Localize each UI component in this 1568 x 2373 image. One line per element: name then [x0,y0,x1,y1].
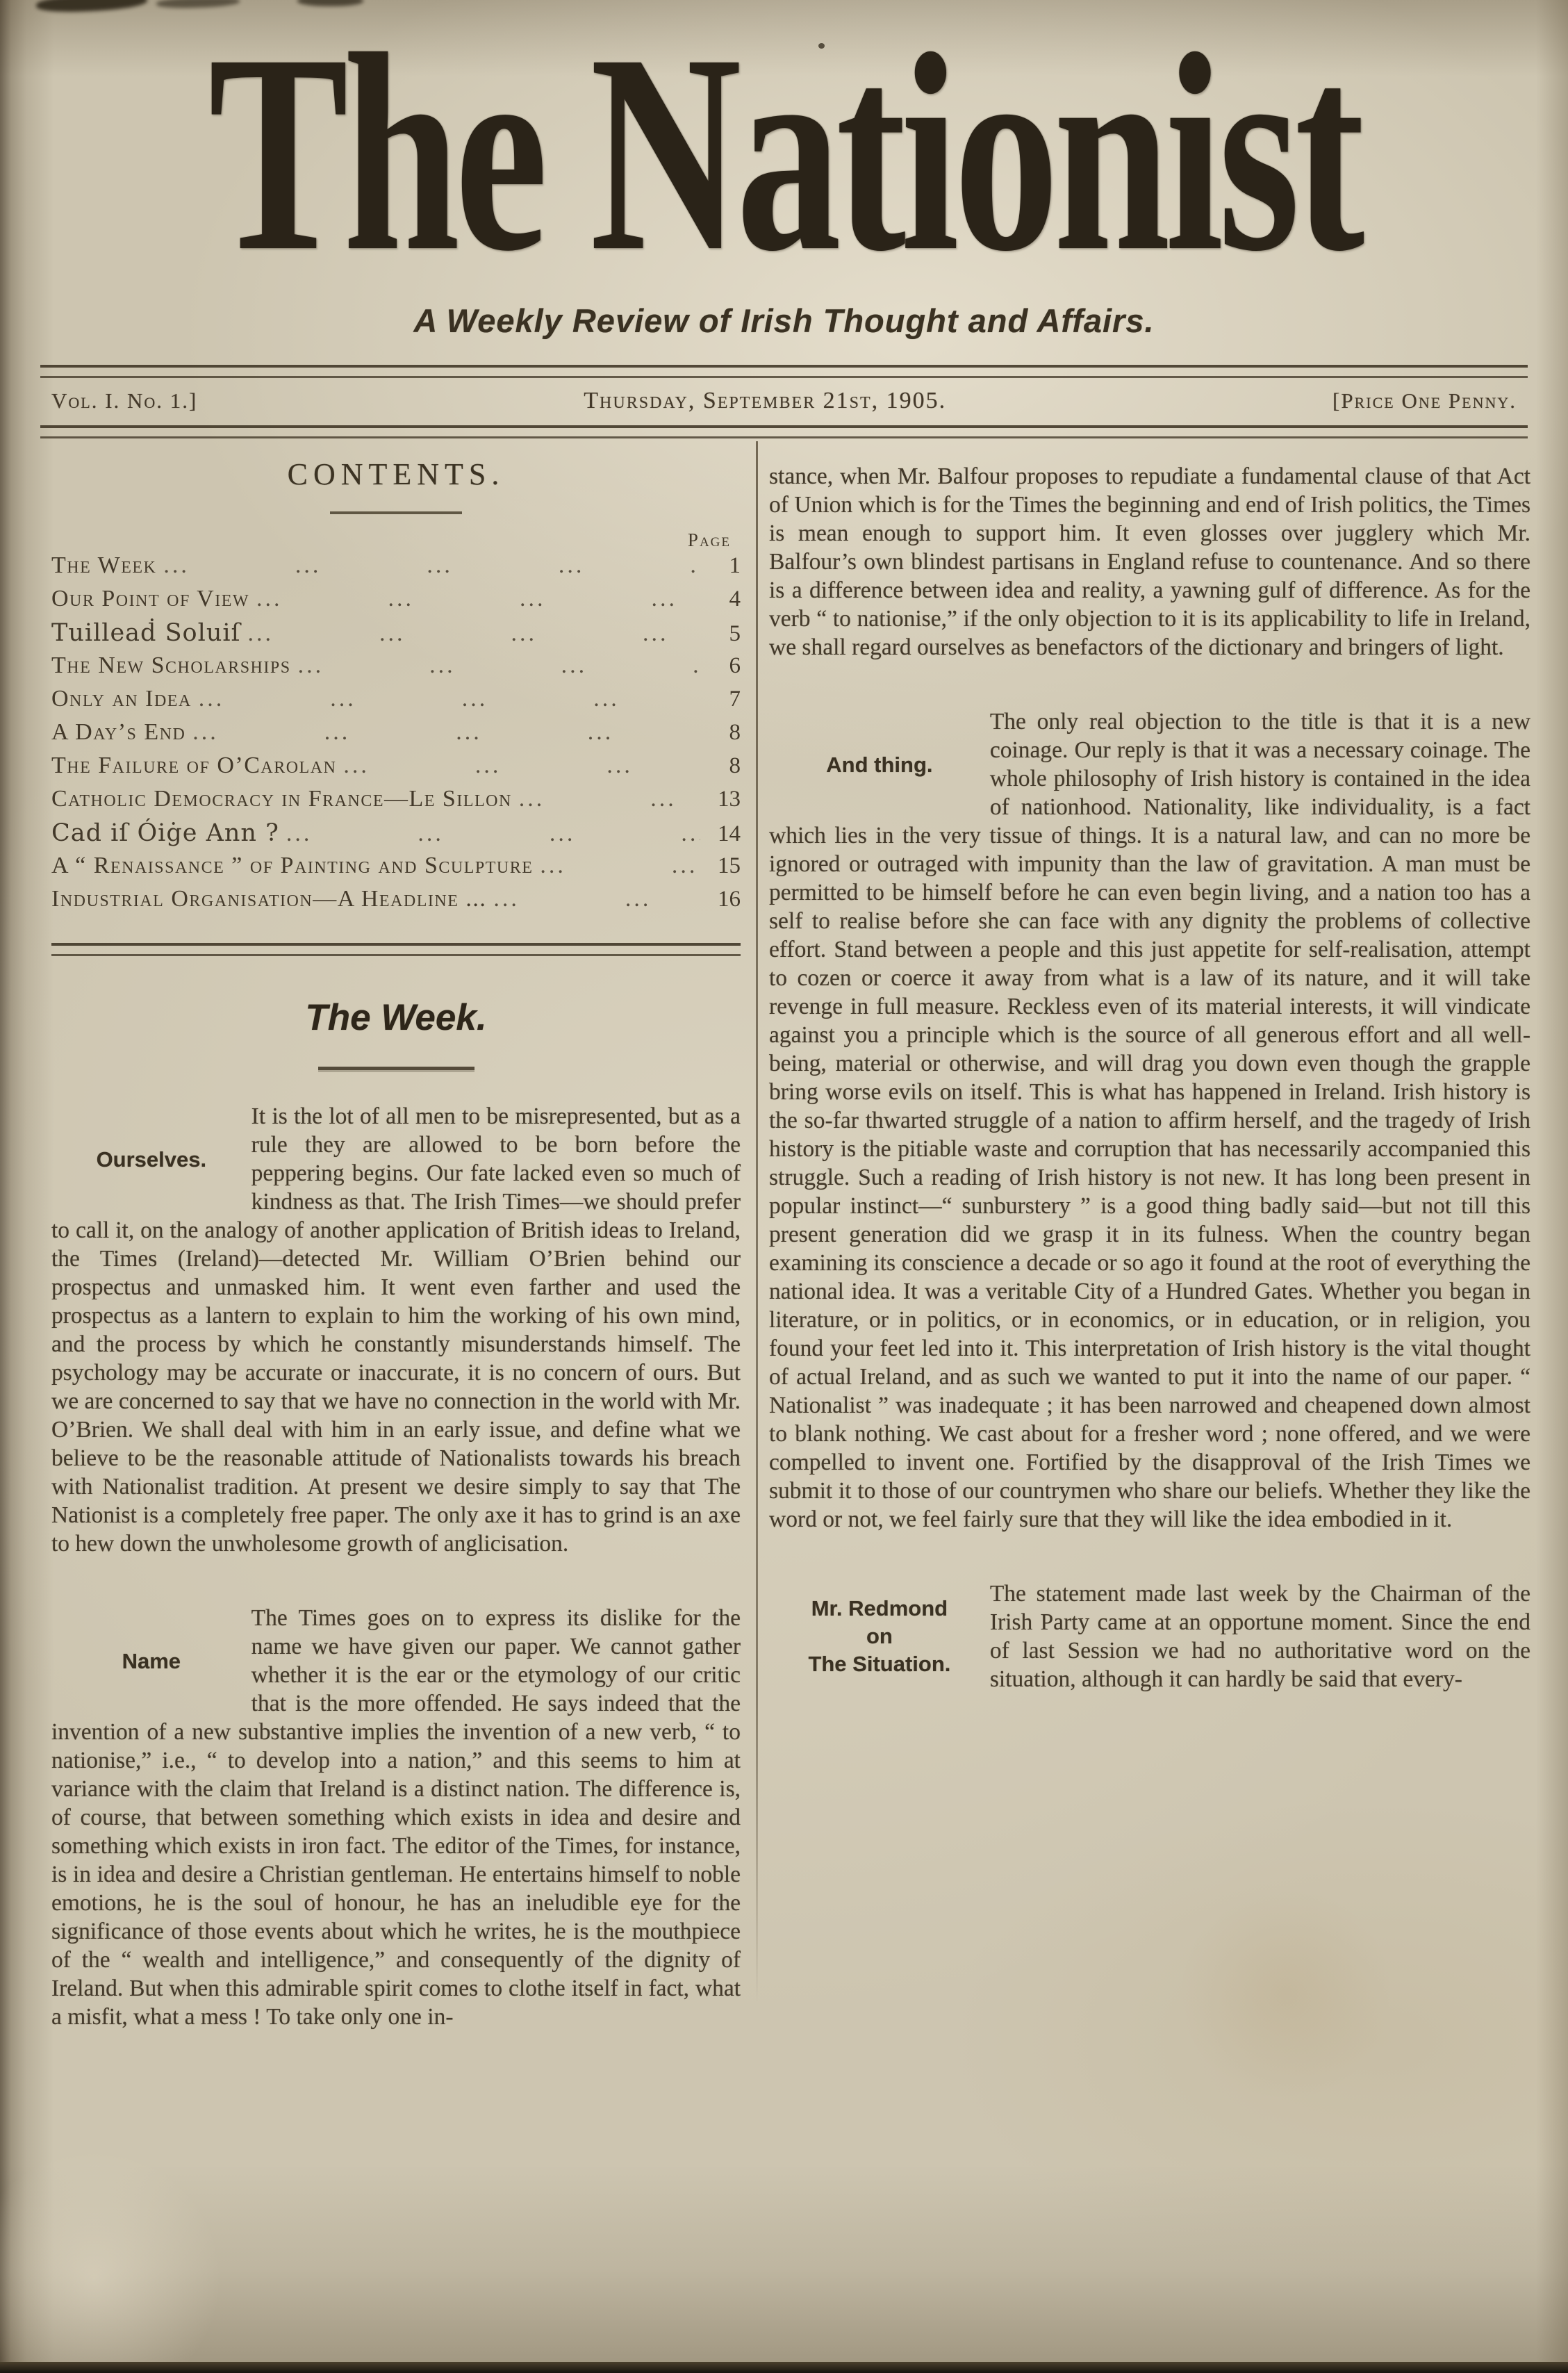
dateline: Vol. I. No. 1.] Thursday, September 21st… [40,378,1528,425]
short-rule [330,511,462,514]
contents-item-page: 5 [700,621,741,647]
left-column: CONTENTS. Page The Week ... ... ... ... … [51,438,741,2031]
dot-leader: ... ... ... ... ... ... ... [249,586,700,612]
contents-item-page: 8 [700,753,741,779]
right-column: stance, when Mr. Balfour proposes to rep… [769,438,1530,2031]
contents-item-label: Tuilleaḋ Soluiſ [51,619,241,647]
the-week-section: The Week. Ourselves. It is the lot of al… [51,996,741,2031]
dot-leader: ... ... ... ... ... ... ... [156,552,700,579]
masthead: The Nationist A Weekly Review of Irish T… [0,0,1568,438]
dot-leader: ... ... ... ... ... ... ... [185,719,700,746]
sidenote-mr-redmond: Mr. Redmond on The Situation. [769,1579,990,1693]
page-column-label: Page [51,529,741,551]
contents-item-page: 7 [700,687,741,712]
contents-item-page: 4 [700,586,741,612]
contents-section: CONTENTS. Page The Week ... ... ... ... … [51,438,741,956]
contents-item: The Failure of O’Carolan ... ... ... ...… [51,753,741,786]
contents-item: Industrial Organisation—A Headline ... .… [51,886,741,919]
contents-item: Tuilleaḋ Soluiſ ... ... ... ... ... ... … [51,619,741,652]
contents-list: The Week ... ... ... ... ... ... ... 1 O… [51,552,741,919]
volume-number: Vol. I. No. 1.] [51,388,197,413]
contents-item-label: Industrial Organisation—A Headline ... [51,886,486,912]
dot-leader: ... ... ... ... ... ... ... [486,886,700,912]
contents-item: The New Scholarships ... ... ... ... ...… [51,652,741,686]
sidenote-and-thing: And thing. [769,707,990,821]
contents-item: Our Point of View ... ... ... ... ... ..… [51,586,741,619]
contents-item-page: 15 [700,853,741,879]
column-rule [756,441,758,2003]
paragraph-text: The statement made last week by the Chai… [990,1581,1530,1692]
sidenote-line: The Situation. [808,1650,950,1678]
article-paragraph: Ourselves. It is the lot of all men to b… [51,1102,741,1558]
article-paragraph: Mr. Redmond on The Situation. The statem… [769,1579,1530,1693]
dot-leader: ... ... ... ... ... ... ... [512,786,700,812]
contents-item: The Week ... ... ... ... ... ... ... 1 [51,552,741,586]
contents-item-page: 8 [700,720,741,746]
contents-item-label: Cad iſ Óiġe Ann ? [51,819,279,847]
contents-item-label: The Week [51,552,156,579]
dot-leader: ... ... ... ... ... ... ... [279,821,700,847]
price: [Price One Penny. [1332,388,1517,413]
sidenote-line: on [808,1623,950,1650]
article-paragraph: And thing. The only real objection to th… [769,707,1530,1534]
contents-item-page: 1 [700,553,741,579]
contents-item-label: The New Scholarships [51,652,291,679]
sidenote-name: Name [51,1604,251,1718]
contents-item-page: 6 [700,653,741,679]
section-heading: The Week. [51,996,741,1039]
double-rule [40,365,1528,378]
article-paragraph: Name The Times goes on to express its di… [51,1604,741,2031]
contents-item-label: Only an Idea [51,686,192,712]
contents-item: Only an Idea ... ... ... ... ... ... ...… [51,686,741,719]
contents-item-label: A Day’s End [51,719,185,746]
contents-item-page: 13 [700,787,741,812]
newspaper-page: The Nationist A Weekly Review of Irish T… [0,0,1568,2373]
dot-leader: ... ... ... ... ... ... ... [192,686,700,712]
sidenote-ourselves: Ourselves. [51,1102,251,1216]
contents-item-label: The Failure of O’Carolan [51,753,336,779]
paragraph-text: stance, when Mr. Balfour proposes to rep… [769,463,1530,660]
contents-item-page: 14 [700,821,741,847]
page-columns: CONTENTS. Page The Week ... ... ... ... … [0,438,1568,2031]
contents-heading: CONTENTS. [51,457,741,492]
paragraph-text: The only real objection to the title is … [769,709,1530,1532]
contents-item-label: Our Point of View [51,586,249,612]
dot-leader: ... ... ... ... ... ... ... [291,652,700,679]
double-rule [51,943,741,956]
contents-item: Cad iſ Óiġe Ann ? ... ... ... ... ... ..… [51,819,741,853]
contents-item-label: A “ Renaissance ” of Painting and Sculpt… [51,853,533,879]
dot-leader: ... ... ... ... ... ... ... [241,621,700,647]
contents-item-page: 16 [700,887,741,912]
dot-leader: ... ... ... ... ... ... ... [336,753,700,779]
issue-date: Thursday, September 21st, 1905. [584,388,946,414]
contents-item-label: Catholic Democracy in France—Le Sillon [51,786,512,812]
sidenote-line: Mr. Redmond [808,1595,950,1623]
page-bottom-edge [0,2362,1568,2373]
short-rule [318,1067,474,1070]
article-paragraph: stance, when Mr. Balfour proposes to rep… [769,462,1530,662]
double-rule [40,425,1528,438]
contents-item: A “ Renaissance ” of Painting and Sculpt… [51,853,741,886]
paper-title: The Nationist [208,10,1360,296]
contents-item: A Day’s End ... ... ... ... ... ... ... … [51,719,741,753]
contents-item: Catholic Democracy in France—Le Sillon .… [51,786,741,819]
dot-leader: ... ... ... ... ... ... ... [533,853,700,879]
